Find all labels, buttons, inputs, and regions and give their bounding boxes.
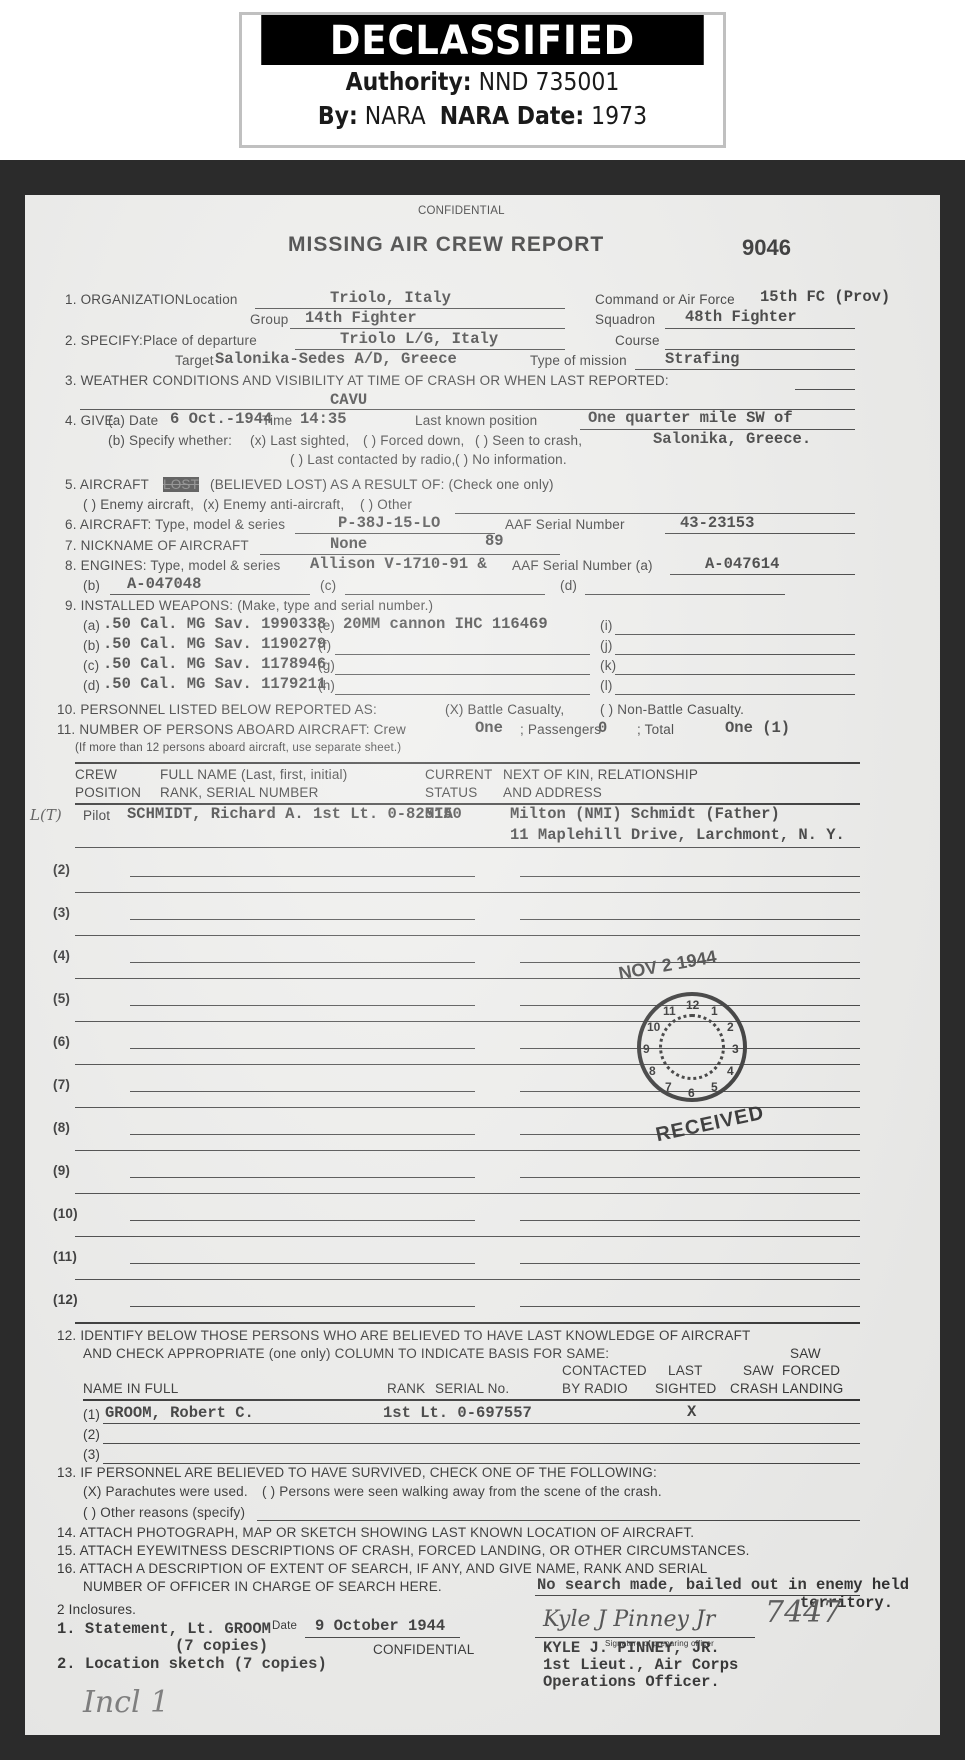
inclosure-2: 2. Location sketch (7 copies) xyxy=(57,1655,327,1673)
col-full-name: FULL NAME (Last, first, initial) xyxy=(160,767,347,782)
declassified-title: DECLASSIFIED xyxy=(261,15,704,65)
s13-label: 13. IF PERSONNEL ARE BELIEVED TO HAVE SU… xyxy=(57,1465,657,1480)
opt-parachutes-used[interactable]: (X) Parachutes were used. xyxy=(83,1484,248,1499)
s2-label: 2. SPECIFY: xyxy=(65,333,143,348)
weapon-k-line xyxy=(615,674,855,675)
clock-digit: 3 xyxy=(732,1042,739,1056)
crew-name-line xyxy=(130,1220,475,1221)
col-saw-forced: FORCED xyxy=(782,1363,840,1378)
engine-d-label: (d) xyxy=(560,578,577,593)
s12-header-rule xyxy=(83,1399,860,1401)
weapon-c: .50 Cal. MG Sav. 1178946 xyxy=(103,655,326,673)
crew-position: Pilot xyxy=(83,808,110,823)
s14-label: 14. ATTACH PHOTOGRAPH, MAP OR SKETCH SHO… xyxy=(57,1525,694,1540)
other-reasons-line xyxy=(257,1520,860,1521)
mission-value: Strafing xyxy=(665,350,739,368)
weather-value: CAVU xyxy=(330,391,367,409)
passengers-count: 0 xyxy=(598,719,607,737)
crew-kin-address: 11 Maplehill Drive, Larchmont, N. Y. xyxy=(510,826,845,844)
footer-date-label: Date xyxy=(272,1620,297,1632)
officer-title: Operations Officer. xyxy=(543,1673,720,1691)
weapon-key: (c) xyxy=(83,658,99,673)
group-value: 14th Fighter xyxy=(305,309,417,327)
opt-no-information[interactable]: ( ) No information. xyxy=(455,452,567,467)
opt-enemy-anti-aircraft[interactable]: (x) Enemy anti-aircraft, xyxy=(203,497,344,512)
crew-name-line xyxy=(130,1005,475,1006)
crew-row-num: (10) xyxy=(53,1206,78,1221)
crew-name-line xyxy=(130,1263,475,1264)
s10-label: 10. PERSONNEL LISTED BELOW REPORTED AS: xyxy=(57,702,377,717)
mission-line xyxy=(635,369,855,370)
col-saw-forced-0: SAW xyxy=(790,1346,821,1361)
col-next-of-kin-2: AND ADDRESS xyxy=(503,785,602,800)
col-last-sighted: LAST xyxy=(668,1363,703,1378)
crew-kin-name: Milton (NMI) Schmidt (Father) xyxy=(510,805,780,823)
col-contacted-radio-2: BY RADIO xyxy=(562,1381,628,1396)
nickname-extra: 89 xyxy=(485,532,504,550)
aircraft-serial-label: AAF Serial Number xyxy=(505,517,625,532)
crew-count: One xyxy=(475,719,503,737)
footer-date-line xyxy=(305,1637,460,1638)
location-label: Location xyxy=(185,292,238,307)
crew-kin-line xyxy=(520,1263,860,1264)
weapon-key: (f) xyxy=(318,638,331,653)
crew-name-line xyxy=(130,919,475,920)
declassified-banner: DECLASSIFIED Authority: NND 735001 By: N… xyxy=(239,12,726,148)
clock-digit: 12 xyxy=(686,998,699,1012)
crew-name-line xyxy=(130,1048,475,1049)
witness-row-line xyxy=(103,1463,860,1464)
s1-label: 1. ORGANIZATION: xyxy=(65,292,189,307)
crew-kin-line xyxy=(520,1177,860,1178)
weapon-e: 20MM cannon IHC 116469 xyxy=(343,615,548,633)
weapon-l-line xyxy=(615,694,855,695)
target-label: Target xyxy=(175,353,214,368)
weapon-key: (e) xyxy=(318,618,335,633)
struck-lost: LOST xyxy=(163,477,199,492)
search-answer: No search made, bailed out in enemy held xyxy=(537,1576,909,1594)
weapon-key: (i) xyxy=(600,618,613,633)
position-value-1: One quarter mile SW of xyxy=(588,409,793,427)
crew-name-line xyxy=(130,1134,475,1135)
engine-b-value: A-047048 xyxy=(127,575,201,593)
clock-digit: 2 xyxy=(727,1020,734,1034)
crew-row-rule xyxy=(75,892,860,893)
margin-note: L(T) xyxy=(30,806,62,824)
s12-label-2: AND CHECK APPROPRIATE (one only) COLUMN … xyxy=(83,1346,609,1361)
s15-label: 15. ATTACH EYEWITNESS DESCRIPTIONS OF CR… xyxy=(57,1543,750,1558)
opt-other-cause[interactable]: ( ) Other xyxy=(360,497,412,512)
position-label: Last known position xyxy=(415,413,537,428)
weapon-b: .50 Cal. MG Sav. 1190279 xyxy=(103,635,326,653)
mission-label: Type of mission xyxy=(530,353,627,368)
authority-line: Authority: NND 735001 xyxy=(271,65,694,99)
crew-kin-line xyxy=(520,1220,860,1221)
col-crew-position-2: POSITION xyxy=(75,785,141,800)
officer-rank: 1st Lieut., Air Corps xyxy=(543,1656,738,1674)
crew-row-num: (3) xyxy=(53,905,70,920)
squadron-value: 48th Fighter xyxy=(685,308,797,326)
nara-line: By: NARA NARA Date: 1973 xyxy=(271,99,694,133)
opt-last-contacted-radio[interactable]: ( ) Last contacted by radio, xyxy=(290,452,455,467)
report-form: CONFIDENTIAL MISSING AIR CREW REPORT 904… xyxy=(25,195,940,1735)
crew-name-line xyxy=(130,962,475,963)
weapon-key: (d) xyxy=(83,678,100,693)
other-cause-line xyxy=(455,513,855,514)
opt-battle-casualty[interactable]: (X) Battle Casualty, xyxy=(445,702,564,717)
witness-rank-serial: 1st Lt. 0-697557 xyxy=(383,1404,532,1422)
aircraft-type-value: P-38J-15-LO xyxy=(338,514,440,532)
crew-name-line xyxy=(130,1177,475,1178)
clock-digit: 11 xyxy=(663,1004,676,1018)
engine-c-label: (c) xyxy=(320,578,336,593)
officer-name: KYLE J. PINNEY, JR. xyxy=(543,1639,720,1657)
command-value: 15th FC (Prov) xyxy=(760,288,890,306)
clock-digit: 8 xyxy=(649,1064,656,1078)
crew-status: MIA xyxy=(425,805,453,823)
opt-seen-to-crash[interactable]: ( ) Seen to crash, xyxy=(475,433,582,448)
clock-dial xyxy=(659,1014,725,1080)
s5-label-rest: (BELIEVED LOST) AS A RESULT OF: (Check o… xyxy=(210,477,554,492)
crew-row-num: (5) xyxy=(53,991,70,1006)
clock-digit: 9 xyxy=(643,1042,650,1056)
received-clock-stamp: 12 1 2 3 4 5 6 7 8 9 10 11 xyxy=(637,992,747,1102)
weapon-key: (k) xyxy=(600,658,616,673)
col-serial: SERIAL No. xyxy=(435,1381,509,1396)
engine-type-value: Allison V-1710-91 & xyxy=(310,555,487,573)
received-stamp-label: RECEIVED xyxy=(654,1102,767,1147)
s16-label-2: NUMBER OF OFFICER IN CHARGE OF SEARCH HE… xyxy=(83,1579,442,1594)
weapon-h-line xyxy=(335,694,590,695)
footer-date: 9 October 1944 xyxy=(315,1617,445,1635)
col-status-2: STATUS xyxy=(425,785,477,800)
crew-name: SCHMIDT, Richard A. 1st Lt. 0-825150 xyxy=(127,805,462,823)
clock-digit: 5 xyxy=(711,1080,718,1094)
crew-row-rule xyxy=(75,1150,860,1151)
s3-label: 3. WEATHER CONDITIONS AND VISIBILITY AT … xyxy=(65,373,669,388)
weapon-f-line xyxy=(335,654,590,655)
passengers-label: ; Passengers xyxy=(520,722,601,737)
engine-c-line xyxy=(345,594,545,595)
crew-row-num: (8) xyxy=(53,1120,70,1135)
crew-row-rule xyxy=(75,978,860,979)
s11-note: (If more than 12 persons aboard aircraft… xyxy=(75,742,401,754)
inclosure-1-copies: (7 copies) xyxy=(175,1637,268,1655)
crew-name-line xyxy=(130,1306,475,1307)
crew-row-num: (2) xyxy=(53,862,70,877)
weapon-d: .50 Cal. MG Sav. 1179211 xyxy=(103,675,326,693)
crew-row-rule xyxy=(75,1193,860,1194)
opt-enemy-aircraft[interactable]: ( ) Enemy aircraft, xyxy=(83,497,194,512)
s9-label: 9. INSTALLED WEAPONS: (Make, type and se… xyxy=(65,598,433,613)
crew-kin-line xyxy=(520,876,860,877)
witness-name: GROOM, Robert C. xyxy=(105,1404,254,1422)
date-label: (a) Date xyxy=(108,413,158,428)
group-line xyxy=(290,328,565,329)
aircraft-type-line xyxy=(295,533,495,534)
departure-value: Triolo L/G, Italy xyxy=(340,330,498,348)
weapon-i-line xyxy=(615,634,855,635)
crew-kin-line xyxy=(520,919,860,920)
form-title: MISSING AIR CREW REPORT xyxy=(288,233,604,257)
s11-label: 11. NUMBER OF PERSONS ABOARD AIRCRAFT: C… xyxy=(57,722,406,737)
crew-row-rule xyxy=(75,847,860,848)
time-value: 14:35 xyxy=(300,410,347,428)
engine-serial-label: AAF Serial Number (a) xyxy=(512,558,653,573)
s5-label: 5. AIRCRAFT xyxy=(65,477,149,492)
aircraft-serial-value: 43-23153 xyxy=(680,514,754,532)
signature: Kyle J Pinney Jr xyxy=(543,1607,715,1632)
crew-row-num: (12) xyxy=(53,1292,78,1307)
engine-d-line xyxy=(585,594,785,595)
engine-b-line xyxy=(110,594,310,595)
opt-persons-walking-away[interactable]: ( ) Persons were seen walking away from … xyxy=(262,1484,662,1499)
classification-top: CONFIDENTIAL xyxy=(418,205,505,217)
crew-name-line xyxy=(130,1091,475,1092)
crew-row-num: (9) xyxy=(53,1163,70,1178)
squadron-line xyxy=(665,328,855,329)
crew-table-bottom-rule xyxy=(75,1322,860,1324)
report-number: 9046 xyxy=(742,235,791,261)
crew-row-rule xyxy=(75,1279,860,1280)
witness-row-num: (3) xyxy=(83,1447,100,1462)
total-label: ; Total xyxy=(637,722,674,737)
course-label: Course xyxy=(615,333,660,348)
crew-row-rule xyxy=(75,1021,860,1022)
weapon-key: (a) xyxy=(83,618,100,633)
location-value: Triolo, Italy xyxy=(330,289,451,307)
col-crew-position: CREW xyxy=(75,767,117,782)
weapon-key: (g) xyxy=(318,658,335,673)
s6-label: 6. AIRCRAFT: Type, model & series xyxy=(65,517,285,532)
weapon-g-line xyxy=(335,674,590,675)
departure-label: Place of departure xyxy=(143,333,257,348)
weapon-key: (h) xyxy=(318,678,335,693)
opt-last-sighted[interactable]: (x) Last sighted, xyxy=(250,433,349,448)
inclosures-label: 2 Inclosures. xyxy=(57,1602,136,1617)
inclosure-1: 1. Statement, Lt. GROOM xyxy=(57,1620,271,1638)
clock-digit: 7 xyxy=(665,1080,672,1094)
s7-label: 7. NICKNAME OF AIRCRAFT xyxy=(65,538,249,553)
col-last-sighted-2: SIGHTED xyxy=(655,1381,716,1396)
witness-row-line xyxy=(103,1423,860,1424)
nickname-value: None xyxy=(330,535,367,553)
weapon-key: (l) xyxy=(600,678,613,693)
crew-row-rule xyxy=(75,1236,860,1237)
clock-digit: 1 xyxy=(711,1004,718,1018)
classification-bottom: CONFIDENTIAL xyxy=(373,1642,474,1657)
weapon-key: (b) xyxy=(83,638,100,653)
crew-row-rule xyxy=(75,935,860,936)
witness-row-num: (1) xyxy=(83,1407,100,1422)
engine-a-value: A-047614 xyxy=(705,555,779,573)
col-status: CURRENT xyxy=(425,767,492,782)
col-saw-forced-2: LANDING xyxy=(782,1381,843,1396)
crew-row-num: (11) xyxy=(53,1249,77,1264)
s16-label: 16. ATTACH A DESCRIPTION OF EXTENT OF SE… xyxy=(57,1561,707,1576)
group-label: Group xyxy=(250,312,289,327)
col-full-name-2: RANK, SERIAL NUMBER xyxy=(160,785,319,800)
signature-line xyxy=(535,1637,755,1638)
crew-table-top-rule xyxy=(75,762,860,764)
weapon-j-line xyxy=(615,654,855,655)
engine-a-line xyxy=(670,574,855,575)
witness-last-sighted-mark: X xyxy=(687,1403,696,1421)
position-value-2: Salonika, Greece. xyxy=(653,430,811,448)
crew-row-num: (6) xyxy=(53,1034,70,1049)
weapon-key: (j) xyxy=(600,638,613,653)
specify-label: (b) Specify whether: xyxy=(108,433,232,448)
date-value: 6 Oct.-1944 xyxy=(170,410,272,428)
col-saw-crash: SAW xyxy=(743,1363,774,1378)
col-next-of-kin: NEXT OF KIN, RELATIONSHIP xyxy=(503,767,698,782)
s8-label: 8. ENGINES: Type, model & series xyxy=(65,558,281,573)
weather-line-1 xyxy=(795,389,855,390)
col-contacted-radio: CONTACTED xyxy=(562,1363,647,1378)
command-label: Command or Air Force xyxy=(595,292,735,307)
clock-digit: 6 xyxy=(688,1086,695,1100)
squadron-label: Squadron xyxy=(595,312,655,327)
col-saw-crash-2: CRASH xyxy=(730,1381,778,1396)
time-label: Time xyxy=(262,413,292,428)
crew-row-num: (7) xyxy=(53,1077,70,1092)
aircraft-serial-line xyxy=(665,533,855,534)
clock-digit: 4 xyxy=(727,1064,734,1078)
clock-digit: 10 xyxy=(647,1020,660,1034)
opt-forced-down[interactable]: ( ) Forced down, xyxy=(363,433,464,448)
witness-row-num: (2) xyxy=(83,1427,100,1442)
total-count: One (1) xyxy=(725,719,790,737)
target-value: Salonika-Sedes A/D, Greece xyxy=(215,350,457,368)
col-rank: RANK xyxy=(387,1381,425,1396)
crew-name-line xyxy=(130,876,475,877)
crew-row-num: (4) xyxy=(53,948,70,963)
handwritten-number: 7447 xyxy=(765,1595,841,1630)
opt-other-reasons[interactable]: ( ) Other reasons (specify) xyxy=(83,1505,245,1520)
witness-row-line xyxy=(103,1443,860,1444)
handwritten-incl-note: Incl 1 xyxy=(83,1685,169,1720)
weapon-a: .50 Cal. MG Sav. 1990338 xyxy=(103,615,326,633)
s12-label: 12. IDENTIFY BELOW THOSE PERSONS WHO ARE… xyxy=(57,1328,750,1343)
crew-kin-line xyxy=(520,1306,860,1307)
col-name-in-full: NAME IN FULL xyxy=(83,1381,178,1396)
opt-non-battle-casualty[interactable]: ( ) Non-Battle Casualty. xyxy=(600,702,744,717)
engine-b-label: (b) xyxy=(83,578,100,593)
